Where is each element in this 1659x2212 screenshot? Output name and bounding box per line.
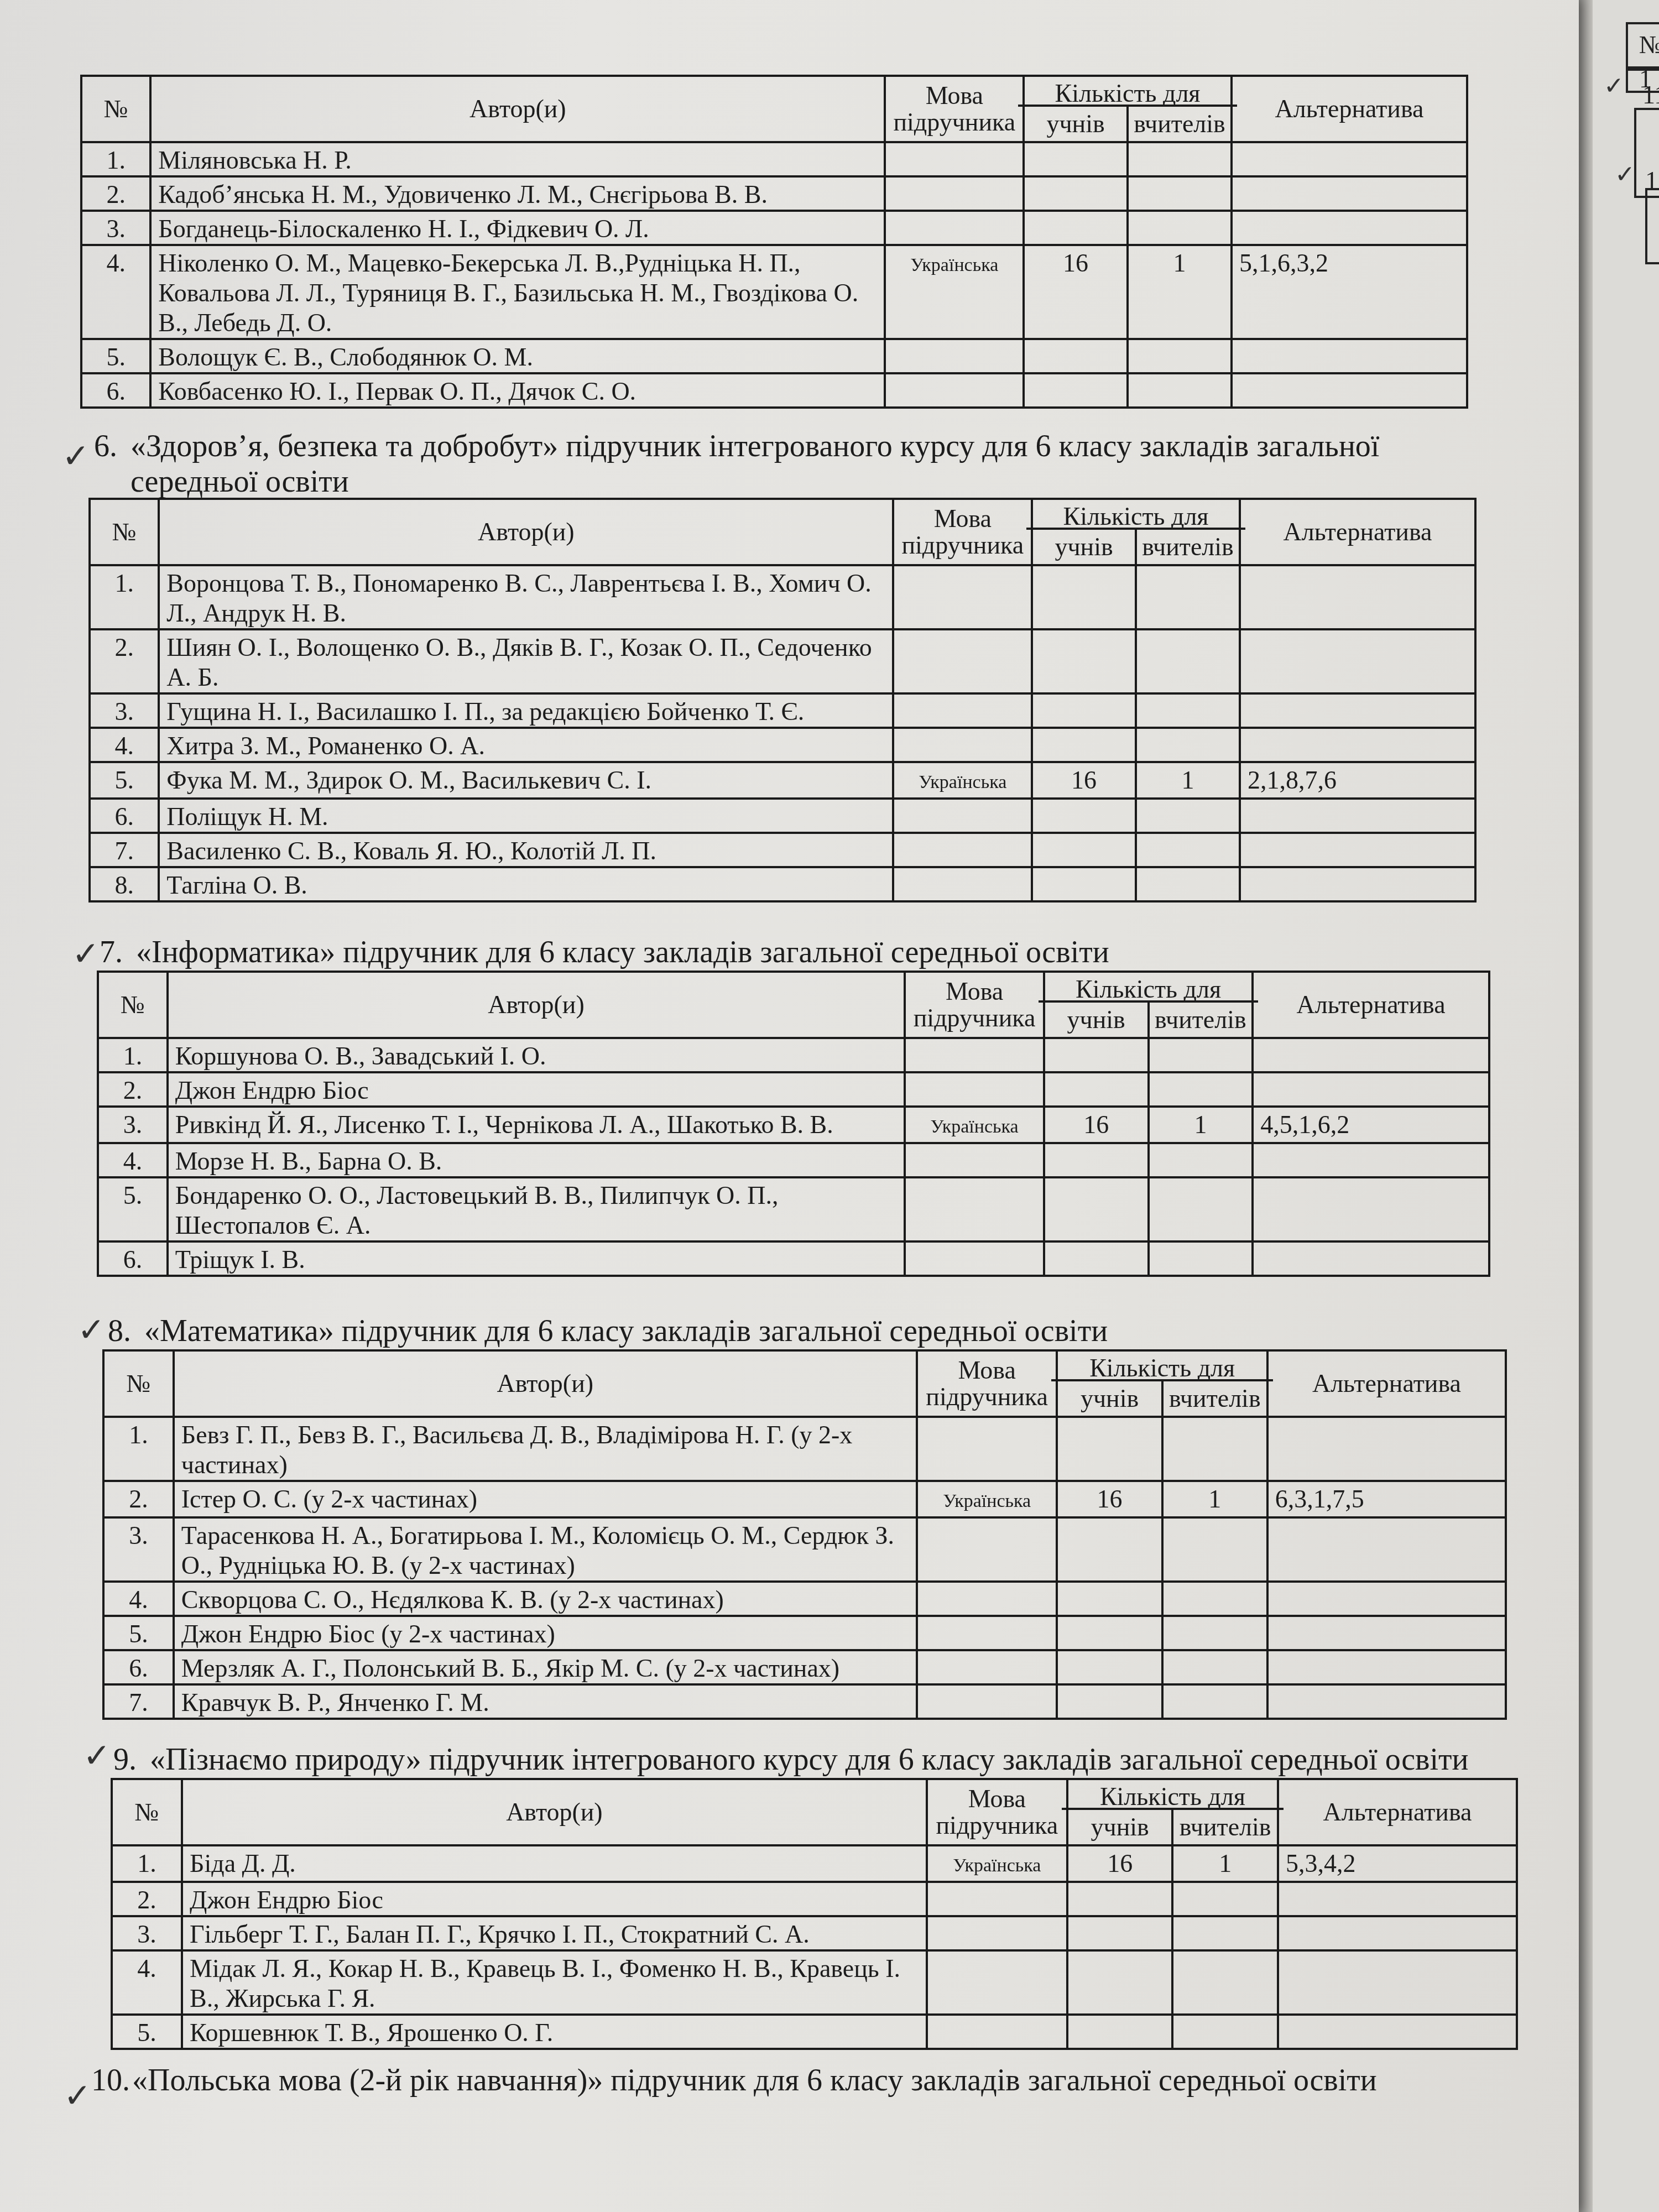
row-teachers-count (1136, 799, 1240, 833)
row-teachers-count (1162, 1616, 1267, 1650)
column-header-quantity: Кількість дляучніввчителів (1067, 1779, 1278, 1845)
row-language: Українська (917, 1481, 1057, 1517)
table-row: 6.Мерзляк А. Г., Полонський В. Б., Якір … (103, 1650, 1506, 1684)
table-row: 3.Гущина Н. І., Василашко І. П., за реда… (90, 693, 1475, 728)
row-teachers-count: 1 (1128, 245, 1232, 339)
row-alternative (1253, 1177, 1489, 1241)
row-authors: Мерзляк А. Г., Полонський В. Б., Якір М.… (174, 1650, 917, 1684)
textbook-table-section-7: №Автор(и)Мова підручникаКількість дляучн… (97, 971, 1490, 1277)
row-number: 8. (90, 867, 159, 901)
column-header-alternative: Альтернатива (1232, 76, 1467, 142)
row-teachers-count (1172, 1916, 1278, 1950)
row-alternative (1267, 1650, 1506, 1684)
row-authors: Гільберг Т. Г., Балан П. Г., Крячко І. П… (182, 1916, 927, 1950)
row-language (893, 728, 1032, 762)
row-teachers-count (1149, 1072, 1253, 1107)
row-alternative (1232, 176, 1467, 211)
column-header-number: № (112, 1779, 182, 1845)
next-page-table-3 (1645, 188, 1659, 264)
table-row: 2.Істер О. С. (у 2-х частинах)Українська… (103, 1481, 1506, 1517)
row-number: 4. (90, 728, 159, 762)
row-students-count (1044, 1143, 1149, 1177)
textbook-table-section-6: №Автор(и)Мова підручникаКількість дляучн… (88, 498, 1477, 902)
row-language: Українська (927, 1845, 1067, 1882)
row-authors: Воронцова Т. В., Пономаренко В. С., Лавр… (159, 565, 893, 629)
next-page-table-1: № (1626, 22, 1659, 71)
row-teachers-count (1149, 1038, 1253, 1072)
column-header-students: учнів (1025, 107, 1126, 141)
row-authors: Хитра З. М., Романенко О. А. (159, 728, 893, 762)
row-number: 6. (98, 1241, 168, 1276)
row-number: 4. (98, 1143, 168, 1177)
column-header-number: № (90, 499, 159, 565)
table-row: 3.Тарасенкова Н. А., Богатирьова І. М., … (103, 1517, 1506, 1582)
row-students-count (1044, 1038, 1149, 1072)
row-language (905, 1072, 1044, 1107)
row-number: 2. (103, 1481, 174, 1517)
row-authors: Шиян О. І., Волощенко О. В., Дяків В. Г.… (159, 629, 893, 693)
row-language (905, 1143, 1044, 1177)
column-header-alternative: Альтернатива (1278, 1779, 1517, 1845)
row-language (893, 799, 1032, 833)
row-students-count (1032, 728, 1136, 762)
row-authors: Мідак Л. Я., Кокар Н. В., Кравець В. І.,… (182, 1950, 927, 2015)
row-students-count (1044, 1241, 1149, 1276)
row-students-count (1057, 1616, 1162, 1650)
row-students-count (1067, 2015, 1173, 2049)
column-header-language: Мова підручника (905, 972, 1044, 1038)
row-teachers-count (1128, 176, 1232, 211)
row-alternative: 6,3,1,7,5 (1267, 1481, 1506, 1517)
row-students-count (1067, 1950, 1173, 2015)
table-row: 2.Джон Ендрю Біос (98, 1072, 1489, 1107)
row-teachers-count (1149, 1177, 1253, 1241)
row-authors: Волощук Є. В., Слободянюк О. М. (150, 339, 885, 373)
column-header-authors: Автор(и) (174, 1350, 917, 1417)
row-language (917, 1582, 1057, 1616)
row-number: 2. (81, 176, 150, 211)
header-row: №Автор(и)Мова підручникаКількість дляучн… (98, 972, 1489, 1038)
row-teachers-count: 1 (1136, 762, 1240, 799)
textbook-table-section-8: №Автор(и)Мова підручникаКількість дляучн… (102, 1349, 1507, 1720)
row-number: 4. (103, 1582, 174, 1616)
section-title-9: 9.«Пізнаємо природу» підручник інтегрова… (113, 1742, 1469, 1777)
row-students-count: 16 (1057, 1481, 1162, 1517)
row-students-count (1032, 867, 1136, 901)
row-language (885, 176, 1024, 211)
row-teachers-count (1162, 1417, 1267, 1481)
quantity-subheaders: учніввчителів (1025, 107, 1230, 141)
checkmark-icon: ✓ (77, 1311, 105, 1349)
quantity-subheaders: учніввчителів (1058, 1381, 1266, 1416)
row-alternative (1278, 1916, 1517, 1950)
quantity-for-label: Кількість для (1051, 1352, 1272, 1381)
table-row: 6.Тріщук І. В. (98, 1241, 1489, 1276)
quantity-subheaders: учніввчителів (1045, 1003, 1251, 1037)
table-row: 5.Фука М. М., Здирок О. М., Василькевич … (90, 762, 1475, 799)
row-students-count: 16 (1044, 1107, 1149, 1143)
row-authors: Міляновська Н. Р. (150, 142, 885, 176)
row-number: 6. (90, 799, 159, 833)
row-students-count (1024, 373, 1128, 408)
row-alternative (1267, 1684, 1506, 1719)
column-header-language: Мова підручника (927, 1779, 1067, 1845)
row-teachers-count (1136, 693, 1240, 728)
column-header-teachers: вчителів (1126, 107, 1230, 141)
row-alternative (1232, 142, 1467, 176)
row-authors: Фука М. М., Здирок О. М., Василькевич С.… (159, 762, 893, 799)
table-row: 4.Хитра З. М., Романенко О. А. (90, 728, 1475, 762)
row-authors: Ковбасенко Ю. І., Первак О. П., Дячок С.… (150, 373, 885, 408)
row-authors: Джон Ендрю Біос (168, 1072, 905, 1107)
row-authors: Ніколенко О. М., Мацевко-Бекерська Л. В.… (150, 245, 885, 339)
row-authors: Ривкінд Й. Я., Лисенко Т. І., Чернікова … (168, 1107, 905, 1143)
row-number: 1. (103, 1417, 174, 1481)
table-row: 1.Коршунова О. В., Завадський І. О. (98, 1038, 1489, 1072)
row-authors: Поліщук Н. М. (159, 799, 893, 833)
row-authors: Бондаренко О. О., Ластовецький В. В., Пи… (168, 1177, 905, 1241)
checkmark-icon: ✓ (64, 2077, 91, 2115)
row-language (927, 2015, 1067, 2049)
row-language (917, 1517, 1057, 1582)
checkmark-icon: ✓ (72, 935, 100, 973)
header-row: №Автор(и)Мова підручникаКількість дляучн… (103, 1350, 1506, 1417)
row-language (893, 693, 1032, 728)
row-students-count (1044, 1072, 1149, 1107)
next-page-fragment: № 1 ✓ 11 ✓ 1 (1593, 0, 1659, 2212)
column-header-authors: Автор(и) (159, 499, 893, 565)
row-language: Українська (893, 762, 1032, 799)
column-header-language: Мова підручника (885, 76, 1024, 142)
row-authors: Джон Ендрю Біос (у 2-х частинах) (174, 1616, 917, 1650)
row-language (893, 565, 1032, 629)
row-students-count (1044, 1177, 1149, 1241)
row-language (893, 833, 1032, 867)
row-alternative (1240, 565, 1475, 629)
row-number: 2. (112, 1882, 182, 1916)
row-language: Українська (885, 245, 1024, 339)
row-students-count (1032, 799, 1136, 833)
column-header-alternative: Альтернатива (1240, 499, 1475, 565)
row-language (905, 1038, 1044, 1072)
table-row: 1.Бевз Г. П., Бевз В. Г., Васильєва Д. В… (103, 1417, 1506, 1481)
table-row: 1.Біда Д. Д.Українська1615,3,4,2 (112, 1845, 1517, 1882)
row-language (917, 1650, 1057, 1684)
row-teachers-count (1162, 1650, 1267, 1684)
row-number: 7. (103, 1684, 174, 1719)
row-language (917, 1684, 1057, 1719)
row-number: 4. (112, 1950, 182, 2015)
table-row: 4.Ніколенко О. М., Мацевко-Бекерська Л. … (81, 245, 1467, 339)
row-teachers-count (1162, 1684, 1267, 1719)
column-header-alternative: Альтернатива (1267, 1350, 1506, 1417)
table-row: 5.Бондаренко О. О., Ластовецький В. В., … (98, 1177, 1489, 1241)
row-teachers-count (1172, 2015, 1278, 2049)
row-authors: Біда Д. Д. (182, 1845, 927, 1882)
row-language (905, 1241, 1044, 1276)
quantity-for-label: Кількість для (1018, 77, 1237, 107)
row-students-count (1032, 565, 1136, 629)
row-number: 3. (81, 211, 150, 245)
row-authors: Джон Ендрю Біос (182, 1882, 927, 1916)
column-header-authors: Автор(и) (168, 972, 905, 1038)
row-number: 1. (81, 142, 150, 176)
row-teachers-count (1136, 629, 1240, 693)
section-title-8: 8.«Математика» підручник для 6 класу зак… (108, 1313, 1108, 1349)
row-teachers-count (1162, 1517, 1267, 1582)
row-alternative (1253, 1241, 1489, 1276)
column-header-language: Мова підручника (917, 1350, 1057, 1417)
row-number: 7. (90, 833, 159, 867)
row-authors: Бевз Г. П., Бевз В. Г., Васильєва Д. В.,… (174, 1417, 917, 1481)
row-authors: Кравчук В. Р., Янченко Г. М. (174, 1684, 917, 1719)
row-language (885, 339, 1024, 373)
table-row: 3.Гільберг Т. Г., Балан П. Г., Крячко І.… (112, 1916, 1517, 1950)
table-row: 2.Кадоб’янська Н. М., Удовиченко Л. М., … (81, 176, 1467, 211)
row-alternative (1267, 1417, 1506, 1481)
column-header-students: учнів (1045, 1003, 1147, 1037)
row-number: 1. (112, 1845, 182, 1882)
row-alternative: 5,3,4,2 (1278, 1845, 1517, 1882)
row-number: 6. (103, 1650, 174, 1684)
quantity-subheaders: учніввчителів (1033, 530, 1239, 564)
row-teachers-count (1172, 1950, 1278, 2015)
row-authors: Богданець-Білоскаленко Н. І., Фідкевич О… (150, 211, 885, 245)
row-number: 2. (98, 1072, 168, 1107)
row-alternative (1240, 833, 1475, 867)
row-language (927, 1950, 1067, 2015)
row-alternative (1253, 1038, 1489, 1072)
document-page: №Автор(и)Мова підручникаКількість дляучн… (0, 0, 1579, 2212)
row-authors: Тріщук І. В. (168, 1241, 905, 1276)
row-language (927, 1882, 1067, 1916)
row-students-count (1024, 176, 1128, 211)
row-teachers-count (1128, 339, 1232, 373)
row-alternative (1278, 1882, 1517, 1916)
table-row: 5.Коршевнюк Т. В., Ярошенко О. Г. (112, 2015, 1517, 2049)
row-alternative (1232, 373, 1467, 408)
quantity-for-label: Кількість для (1039, 973, 1258, 1003)
row-language: Українська (905, 1107, 1044, 1143)
row-language (905, 1177, 1044, 1241)
row-teachers-count: 1 (1172, 1845, 1278, 1882)
column-header-quantity: Кількість дляучніввчителів (1044, 972, 1253, 1038)
row-language (885, 142, 1024, 176)
row-students-count (1032, 833, 1136, 867)
checkmark-icon: ✓ (62, 437, 90, 476)
table-row: 3.Богданець-Білоскаленко Н. І., Фідкевич… (81, 211, 1467, 245)
row-students-count (1024, 211, 1128, 245)
row-alternative (1232, 211, 1467, 245)
row-language (927, 1916, 1067, 1950)
table-row: 1.Воронцова Т. В., Пономаренко В. С., Ла… (90, 565, 1475, 629)
table-row: 7.Кравчук В. Р., Янченко Г. М. (103, 1684, 1506, 1719)
table-row: 4.Морзе Н. В., Барна О. В. (98, 1143, 1489, 1177)
row-number: 6. (81, 373, 150, 408)
section-title-10: 10.«Польська мова (2-й рік навчання)» пі… (91, 2063, 1377, 2098)
row-number: 2. (90, 629, 159, 693)
row-number: 3. (112, 1916, 182, 1950)
header-row: №Автор(и)Мова підручникаКількість дляучн… (112, 1779, 1517, 1845)
section-title-6: 6.«Здоров’я, безпека та добробут» підруч… (94, 429, 1469, 499)
row-students-count (1067, 1882, 1173, 1916)
row-alternative (1253, 1072, 1489, 1107)
row-alternative (1240, 629, 1475, 693)
row-authors: Кадоб’янська Н. М., Удовиченко Л. М., Сн… (150, 176, 885, 211)
quantity-for-label: Кількість для (1062, 1780, 1284, 1810)
row-alternative (1232, 339, 1467, 373)
row-alternative: 2,1,8,7,6 (1240, 762, 1475, 799)
row-authors: Василенко С. В., Коваль Я. Ю., Колотій Л… (159, 833, 893, 867)
column-header-students: учнів (1033, 530, 1135, 564)
row-authors: Істер О. С. (у 2-х частинах) (174, 1481, 917, 1517)
row-authors: Гущина Н. І., Василашко І. П., за редакц… (159, 693, 893, 728)
row-alternative (1267, 1616, 1506, 1650)
table-row: 2.Шиян О. І., Волощенко О. В., Дяків В. … (90, 629, 1475, 693)
quantity-subheaders: учніввчителів (1068, 1810, 1277, 1844)
row-teachers-count (1136, 867, 1240, 901)
row-teachers-count (1149, 1143, 1253, 1177)
row-alternative (1240, 728, 1475, 762)
row-teachers-count (1136, 833, 1240, 867)
row-alternative (1240, 867, 1475, 901)
row-alternative (1278, 2015, 1517, 2049)
column-header-students: учнів (1058, 1381, 1161, 1416)
column-header-number: № (98, 972, 168, 1038)
row-number: 3. (103, 1517, 174, 1582)
column-header-quantity: Кількість дляучніввчителів (1032, 499, 1240, 565)
row-students-count (1057, 1417, 1162, 1481)
row-teachers-count (1128, 211, 1232, 245)
table-row: 1.Міляновська Н. Р. (81, 142, 1467, 176)
row-students-count (1024, 339, 1128, 373)
row-students-count (1067, 1916, 1173, 1950)
row-language (893, 867, 1032, 901)
row-alternative (1240, 693, 1475, 728)
row-authors: Морзе Н. В., Барна О. В. (168, 1143, 905, 1177)
row-language (893, 629, 1032, 693)
row-authors: Коршунова О. В., Завадський І. О. (168, 1038, 905, 1072)
column-header-teachers: вчителів (1171, 1810, 1277, 1844)
table-row: 3.Ривкінд Й. Я., Лисенко Т. І., Черніков… (98, 1107, 1489, 1143)
row-alternative (1278, 1950, 1517, 2015)
column-header-quantity: Кількість дляучніввчителів (1057, 1350, 1267, 1417)
column-header-teachers: вчителів (1147, 1003, 1252, 1037)
row-language (885, 373, 1024, 408)
row-number: 3. (98, 1107, 168, 1143)
table-row: 4.Скворцова С. О., Нєдялкова К. В. (у 2-… (103, 1582, 1506, 1616)
row-authors: Тагліна О. В. (159, 867, 893, 901)
table-row: 8.Тагліна О. В. (90, 867, 1475, 901)
checkmark-icon: ✓ (83, 1736, 111, 1775)
row-teachers-count (1162, 1582, 1267, 1616)
row-students-count (1057, 1650, 1162, 1684)
row-number: 5. (112, 2015, 182, 2049)
row-students-count (1057, 1684, 1162, 1719)
row-teachers-count (1128, 373, 1232, 408)
row-number: 1. (98, 1038, 168, 1072)
textbook-table-section-9: №Автор(и)Мова підручникаКількість дляучн… (111, 1778, 1518, 2050)
column-header-number: № (81, 76, 150, 142)
row-teachers-count: 1 (1149, 1107, 1253, 1143)
column-header-number: № (103, 1350, 174, 1417)
row-alternative (1253, 1143, 1489, 1177)
row-teachers-count: 1 (1162, 1481, 1267, 1517)
header-row: №Автор(и)Мова підручникаКількість дляучн… (81, 76, 1467, 142)
row-language (917, 1417, 1057, 1481)
table-row: 4.Мідак Л. Я., Кокар Н. В., Кравець В. І… (112, 1950, 1517, 2015)
row-students-count (1057, 1517, 1162, 1582)
row-authors: Коршевнюк Т. В., Ярошенко О. Г. (182, 2015, 927, 2049)
row-students-count (1032, 629, 1136, 693)
table-row: 6.Поліщук Н. М. (90, 799, 1475, 833)
row-teachers-count (1172, 1882, 1278, 1916)
table-row: 7.Василенко С. В., Коваль Я. Ю., Колотій… (90, 833, 1475, 867)
column-header-students: учнів (1068, 1810, 1172, 1844)
table-row: 5.Джон Ендрю Біос (у 2-х частинах) (103, 1616, 1506, 1650)
row-number: 5. (103, 1616, 174, 1650)
column-header-teachers: вчителів (1161, 1381, 1266, 1416)
row-teachers-count (1136, 728, 1240, 762)
row-number: 3. (90, 693, 159, 728)
textbook-table-section-5: №Автор(и)Мова підручникаКількість дляучн… (80, 75, 1468, 409)
table-row: 5.Волощук Є. В., Слободянюк О. М. (81, 339, 1467, 373)
column-header-authors: Автор(и) (182, 1779, 927, 1845)
row-authors: Тарасенкова Н. А., Богатирьова І. М., Ко… (174, 1517, 917, 1582)
row-alternative (1267, 1582, 1506, 1616)
quantity-for-label: Кількість для (1026, 500, 1245, 530)
row-students-count: 16 (1024, 245, 1128, 339)
row-number: 1. (90, 565, 159, 629)
row-alternative (1240, 799, 1475, 833)
row-teachers-count (1149, 1241, 1253, 1276)
table-row: 6.Ковбасенко Ю. І., Первак О. П., Дячок … (81, 373, 1467, 408)
row-number: 4. (81, 245, 150, 339)
row-teachers-count (1136, 565, 1240, 629)
section-title-7: 7.«Інформатика» підручник для 6 класу за… (100, 935, 1109, 970)
row-authors: Скворцова С. О., Нєдялкова К. В. (у 2-х … (174, 1582, 917, 1616)
table-row: 2.Джон Ендрю Біос (112, 1882, 1517, 1916)
column-header-authors: Автор(и) (150, 76, 885, 142)
row-students-count (1057, 1582, 1162, 1616)
row-language (917, 1616, 1057, 1650)
row-students-count (1032, 693, 1136, 728)
column-header-language: Мова підручника (893, 499, 1032, 565)
row-students-count (1024, 142, 1128, 176)
row-students-count: 16 (1032, 762, 1136, 799)
row-students-count: 16 (1067, 1845, 1173, 1882)
row-language (885, 211, 1024, 245)
checkmark-icon: ✓ (1604, 72, 1624, 100)
row-alternative: 5,1,6,3,2 (1232, 245, 1467, 339)
header-row: №Автор(и)Мова підручникаКількість дляучн… (90, 499, 1475, 565)
row-alternative: 4,5,1,6,2 (1253, 1107, 1489, 1143)
column-header-quantity: Кількість дляучніввчителів (1024, 76, 1232, 142)
row-number: 5. (81, 339, 150, 373)
column-header-alternative: Альтернатива (1253, 972, 1489, 1038)
row-number: 5. (90, 762, 159, 799)
checkmark-icon: ✓ (1615, 160, 1635, 189)
column-header-teachers: вчителів (1135, 530, 1239, 564)
row-teachers-count (1128, 142, 1232, 176)
row-alternative (1267, 1517, 1506, 1582)
row-number: 5. (98, 1177, 168, 1241)
